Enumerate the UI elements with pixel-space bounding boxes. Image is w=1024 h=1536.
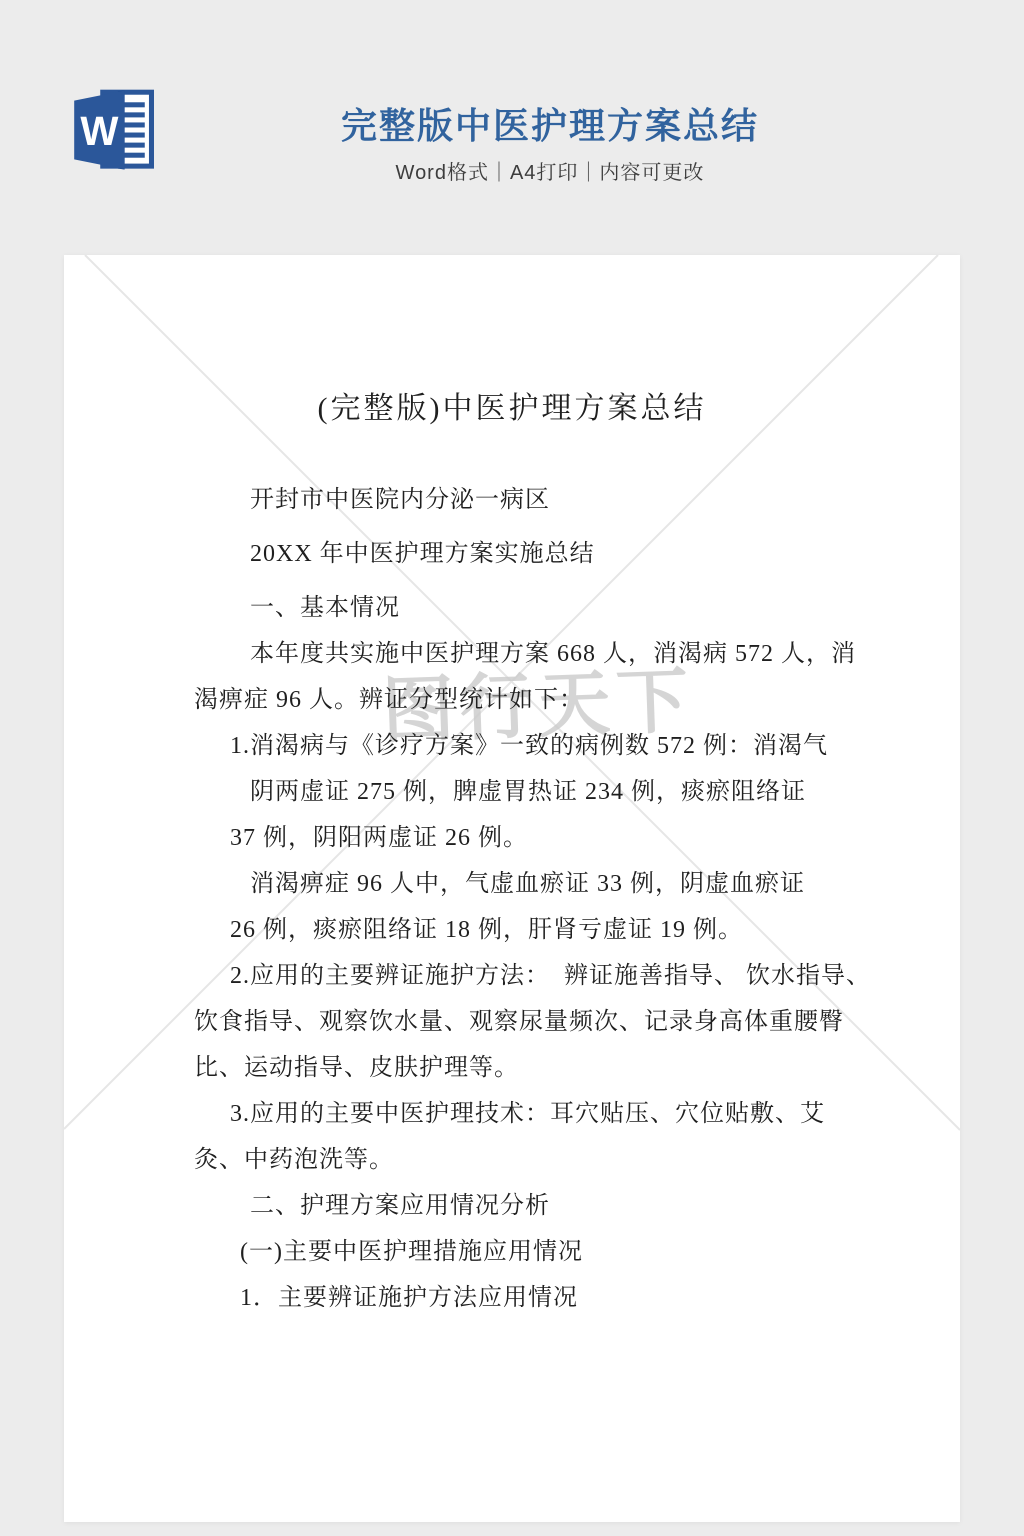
document-line: (一)主要中医护理措施应用情况 [193, 1229, 930, 1275]
document-line: 2.应用的主要辨证施护方法： 辨证施善指导、 饮水指导、 [193, 953, 930, 999]
page-subtitle: Word格式｜A4打印｜内容可更改 [0, 156, 1024, 185]
document-line: 比、运动指导、皮肤护理等。 [193, 1045, 930, 1091]
document-line: 本年度共实施中医护理方案 668 人，消渴病 572 人，消 [193, 631, 930, 677]
document-title: (完整版)中医护理方案总结 [64, 383, 960, 427]
document-line: 开封市中医院内分泌一病区 [193, 477, 930, 523]
page-title: 完整版中医护理方案总结 [0, 98, 1024, 149]
document-line: 3.应用的主要中医护理技术：耳穴贴压、穴位贴敷、艾 [193, 1091, 930, 1137]
document-line: 阴两虚证 275 例，脾虚胃热证 234 例，痰瘀阻络证 [193, 769, 930, 815]
page: W 完整版中医护理方案总结 Word格式｜A4打印｜内容可更改 图行天下 (完整… [0, 0, 1024, 1536]
document-line: 26 例，痰瘀阻络证 18 例，肝肾亏虚证 19 例。 [193, 907, 930, 953]
document-body: 开封市中医院内分泌一病区 20XX 年中医护理方案实施总结 一、基本情况 本年度… [193, 477, 930, 1321]
document-line: 饮食指导、观察饮水量、观察尿量频次、记录身高体重腰臀 [193, 999, 930, 1045]
document-line: 1．主要辨证施护方法应用情况 [193, 1275, 930, 1321]
document-line: 灸、中药泡洗等。 [193, 1137, 930, 1183]
document-page: 图行天下 (完整版)中医护理方案总结 开封市中医院内分泌一病区 20XX 年中医… [64, 255, 960, 1522]
document-line: 二、护理方案应用情况分析 [193, 1183, 930, 1229]
document-line: 一、基本情况 [193, 585, 930, 631]
document-line: 37 例，阴阳两虚证 26 例。 [193, 815, 930, 861]
document-line: 消渴痹症 96 人中，气虚血瘀证 33 例，阴虚血瘀证 [193, 861, 930, 907]
document-line: 渴痹症 96 人。辨证分型统计如下： [193, 677, 930, 723]
document-line: 1.消渴病与《诊疗方案》一致的病例数 572 例：消渴气 [193, 723, 930, 769]
document-line: 20XX 年中医护理方案实施总结 [193, 531, 930, 577]
